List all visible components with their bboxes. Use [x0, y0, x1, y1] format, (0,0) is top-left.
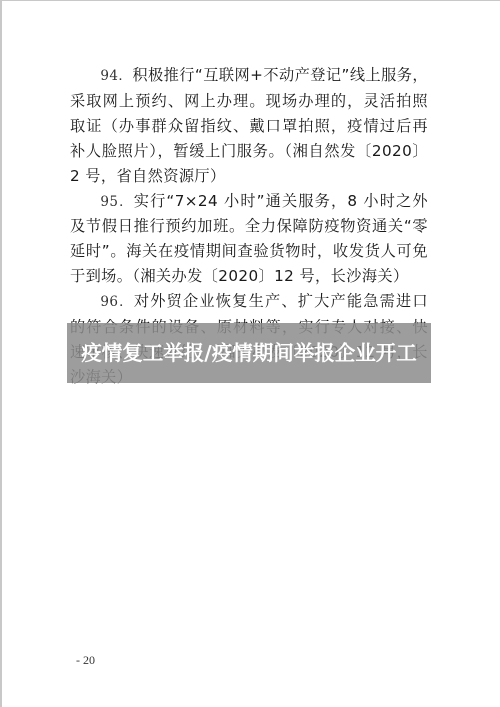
paragraph-95: 95．实行“7×24 小时”通关服务，8 小时之外及节假日推行预约加班。全力保障… — [70, 189, 428, 290]
paragraph-number: 95． — [100, 194, 133, 210]
paragraph-number: 96． — [100, 294, 133, 310]
article-title[interactable]: 疫情复工举报/疫情期间举报企业开工 — [81, 341, 417, 365]
title-overlay-banner[interactable]: 疫情复工举报/疫情期间举报企业开工 — [67, 323, 431, 383]
page-number: - 20 — [76, 653, 95, 668]
paragraph-94: 94．积极推行“互联网+不动产登记”线上服务，采取网上预约、网上办理。现场办理的… — [70, 63, 428, 189]
paragraph-number: 94． — [100, 68, 132, 84]
